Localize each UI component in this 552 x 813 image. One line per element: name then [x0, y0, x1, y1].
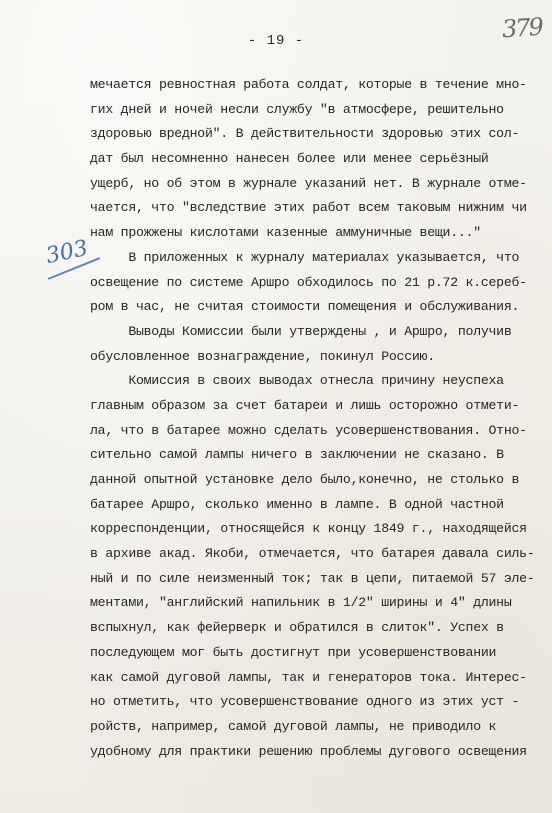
text-line: батарее Аршро, сколько именно в лампе. В… [90, 493, 552, 518]
text-line: ла, что в батарее можно сделать усоверше… [90, 419, 552, 444]
typed-body-text: мечается ревностная работа солдат, котор… [90, 73, 552, 764]
text-line: данной опытной установке дело было,конеч… [90, 468, 552, 493]
handwritten-folio-number: 379 [501, 13, 543, 44]
text-line: сительно самой лампы ничего в заключении… [90, 443, 552, 468]
text-line: ментами, "английский напильник в 1/2" ши… [90, 591, 552, 616]
page-number: - 19 - [0, 33, 552, 49]
text-line: здоровью вредной". В действительности зд… [90, 122, 552, 147]
text-line: корреспонденции, относящейся к концу 184… [90, 517, 552, 542]
text-line: ный и по силе неизменный ток; так в цепи… [90, 567, 552, 592]
text-line: но отметить, что усовершенствование одно… [90, 690, 552, 715]
document-page: - 19 - 379 303 мечается ревностная работ… [0, 0, 552, 813]
text-line: ущерб, но об этом в журнале указаний нет… [90, 172, 552, 197]
text-line: гих дней и ночей несли службу "в атмосфе… [90, 98, 552, 123]
text-line: нам прожжены кислотами казенные аммуничн… [90, 221, 552, 246]
text-line: вспыхнул, как фейерверк и обратился в сл… [90, 616, 552, 641]
text-line: Комиссия в своих выводах отнесла причину… [90, 369, 552, 394]
text-line: чается, что "вследствие этих работ всем … [90, 196, 552, 221]
text-line: освещение по системе Аршро обходилось по… [90, 271, 552, 296]
text-line: в архиве акад. Якоби, отмечается, что ба… [90, 542, 552, 567]
text-line: последующем мог быть достигнут при усове… [90, 641, 552, 666]
text-line: дат был несомненно нанесен более или мен… [90, 147, 552, 172]
text-line: Выводы Комиссии были утверждены , и Аршр… [90, 320, 552, 345]
text-line: обусловленное вознаграждение, покинул Ро… [90, 345, 552, 370]
text-line: мечается ревностная работа солдат, котор… [90, 73, 552, 98]
text-line: как самой дуговой лампы, так и генератор… [90, 666, 552, 691]
text-line: удобному для практики решению проблемы д… [90, 740, 552, 765]
text-line: ром в час, не считая стоимости помещения… [90, 295, 552, 320]
text-line: ройств, например, самой дуговой лампы, н… [90, 715, 552, 740]
text-line: главным образом за счет батареи и лишь о… [90, 394, 552, 419]
text-line: В приложенных к журналу материалах указы… [90, 246, 552, 271]
